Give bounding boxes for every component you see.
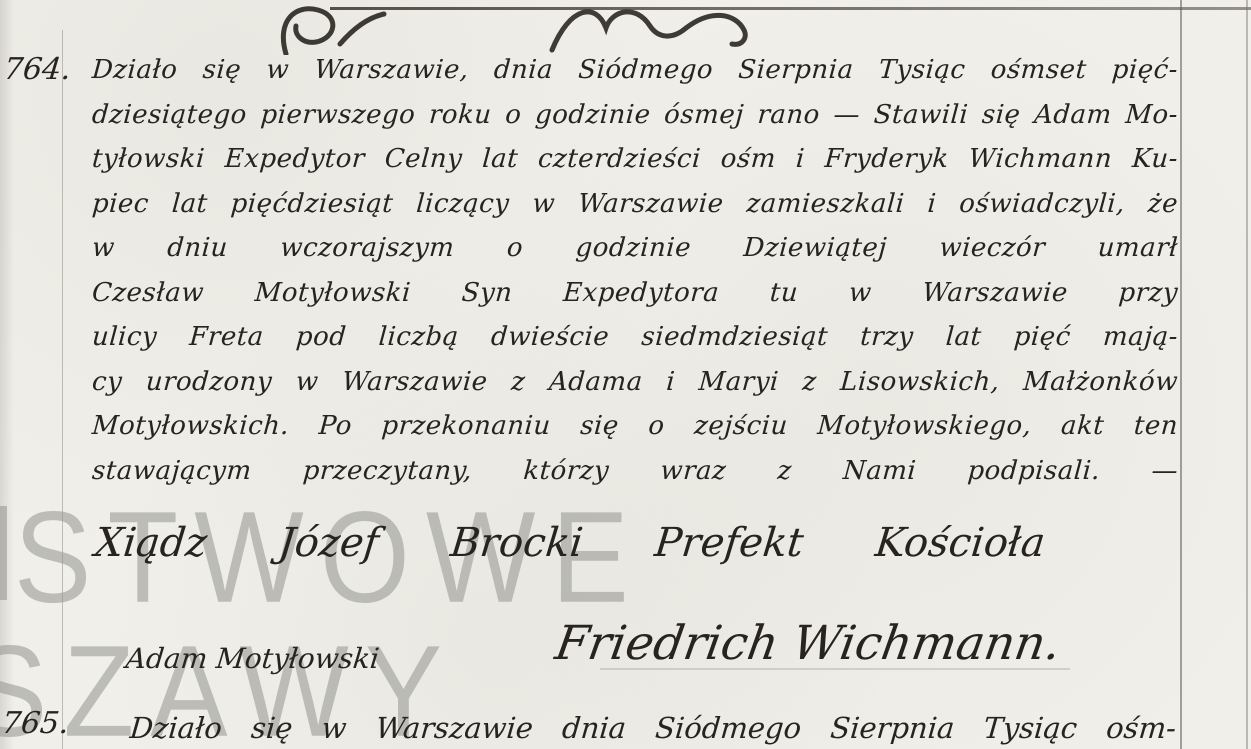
record-764-line-9: Motyłowskich. Po przekonaniu się o zejśc… — [90, 404, 1179, 449]
record-764-line-10: stawającym przeczytany, którzy wraz z Na… — [90, 449, 1179, 494]
record-764-line-4: piec lat pięćdziesiąt liczący w Warszawi… — [90, 182, 1179, 227]
record-764-line-7: ulicy Freta pod liczbą dwieście siedmdzi… — [90, 315, 1179, 360]
record-764-line-5: w dniu wczorajszym o godzinie Dziewiątej… — [90, 226, 1179, 271]
signature-friedrich-wichmann: Friedrich Wichmann. — [552, 616, 1065, 671]
record-764-body: Działo się w Warszawie, dnia Siódmego Si… — [92, 48, 1178, 493]
record-765-line-1: Działo się w Warszawie dnia Siódmego Sie… — [128, 702, 1179, 749]
watermark-cropped-letter-fragment — [0, 506, 7, 600]
signature-priest-jozef-brocki: Xiądz Józef Brocki Prefekt Kościoła — [93, 520, 1048, 566]
record-764-line-2: dziesiątego pierwszego roku o godzinie ó… — [90, 93, 1179, 138]
scanned-death-record-page: STWOWE SZAWY 764. Działo się w Warszawie… — [0, 0, 1251, 749]
record-764-line-8: cy urodzony w Warszawie z Adama i Maryi … — [90, 360, 1179, 405]
record-764-line-3: tyłowski Expedytor Celny lat czterdzieśc… — [90, 137, 1179, 182]
record-764-line-6: Czesław Motyłowski Syn Expedytora tu w W… — [90, 271, 1179, 316]
signature-adam-motylowski: Adam Motyłowski — [124, 642, 381, 675]
record-764-line-1: Działo się w Warszawie, dnia Siódmego Si… — [90, 48, 1179, 93]
record-number-765: 765. — [0, 706, 70, 741]
record-number-764: 764. — [2, 52, 72, 87]
previous-record-cropped-strokes — [0, 0, 1251, 55]
